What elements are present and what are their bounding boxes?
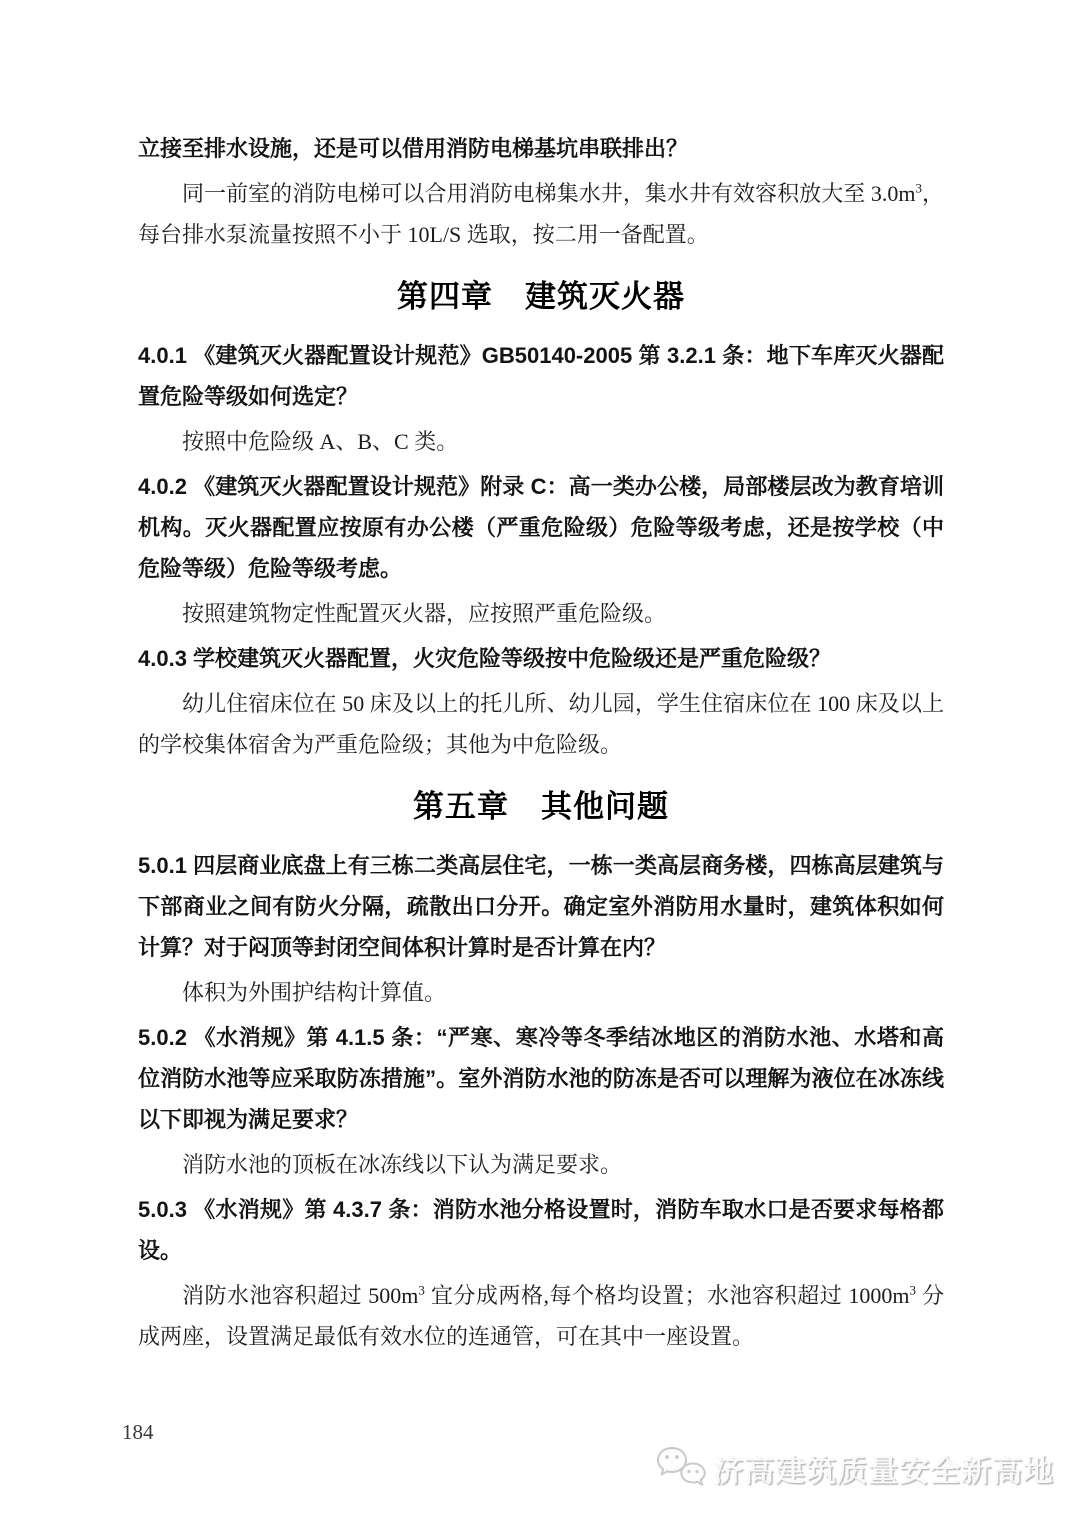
question-5-0-3: 5.0.3 《水消规》第 4.3.7 条：消防水池分格设置时，消防车取水口是否要… [138,1189,944,1271]
document-page: 立接至排水设施，还是可以借用消防电梯基坑串联排出？ 同一前室的消防电梯可以合用消… [0,0,1080,1527]
answer-5-0-3-text-cont: 宜分成两格,每个格均设置；水池容积超过 1000m [425,1283,910,1308]
question-4-0-1: 4.0.1 《建筑灭火器配置设计规范》GB50140-2005 第 3.2.1 … [138,335,944,417]
wechat-icon [655,1444,707,1492]
question-4-0-2: 4.0.2 《建筑灭火器配置设计规范》附录 C：高一类办公楼，局部楼层改为教育培… [138,466,944,589]
chapter-4-title: 第四章 建筑灭火器 [138,275,944,319]
page-body: 立接至排水设施，还是可以借用消防电梯基坑串联排出？ 同一前室的消防电梯可以合用消… [138,128,944,1361]
answer-5-0-3-text: 消防水池容积超过 500m [182,1283,418,1308]
answer-5-0-1: 体积为外围护结构计算值。 [138,972,944,1013]
question-5-0-1: 5.0.1 四层商业底盘上有三栋二类高层住宅，一栋一类高层商务楼，四栋高层建筑与… [138,845,944,968]
question-5-0-2: 5.0.2 《水消规》第 4.1.5 条：“严寒、寒冷等冬季结冰地区的消防水池、… [138,1017,944,1140]
intro-answer-text: 同一前室的消防电梯可以合用消防电梯集水井，集水井有效容积放大至 3.0m [182,181,915,206]
question-4-0-3: 4.0.3 学校建筑灭火器配置，火灾危险等级按中危险级还是严重危险级？ [138,638,944,679]
chapter-5-title: 第五章 其他问题 [138,785,944,829]
answer-4-0-2: 按照建筑物定性配置灭火器，应按照严重危险级。 [138,593,944,634]
answer-4-0-1: 按照中危险级 A、B、C 类。 [138,421,944,462]
answer-5-0-2: 消防水池的顶板在冰冻线以下认为满足要求。 [138,1144,944,1185]
watermark-text: 济高建筑质量安全新高地 [713,1446,1054,1490]
intro-question: 立接至排水设施，还是可以借用消防电梯基坑串联排出？ [138,128,944,169]
answer-4-0-3: 幼儿住宿床位在 50 床及以上的托儿所、幼儿园，学生住宿床位在 100 床及以上… [138,683,944,765]
watermark: 济高建筑质量安全新高地 [655,1444,1054,1492]
page-number: 184 [122,1420,154,1445]
answer-5-0-3: 消防水池容积超过 500m3 宜分成两格,每个格均设置；水池容积超过 1000m… [138,1275,944,1357]
intro-answer: 同一前室的消防电梯可以合用消防电梯集水井，集水井有效容积放大至 3.0m3，每台… [138,173,944,255]
